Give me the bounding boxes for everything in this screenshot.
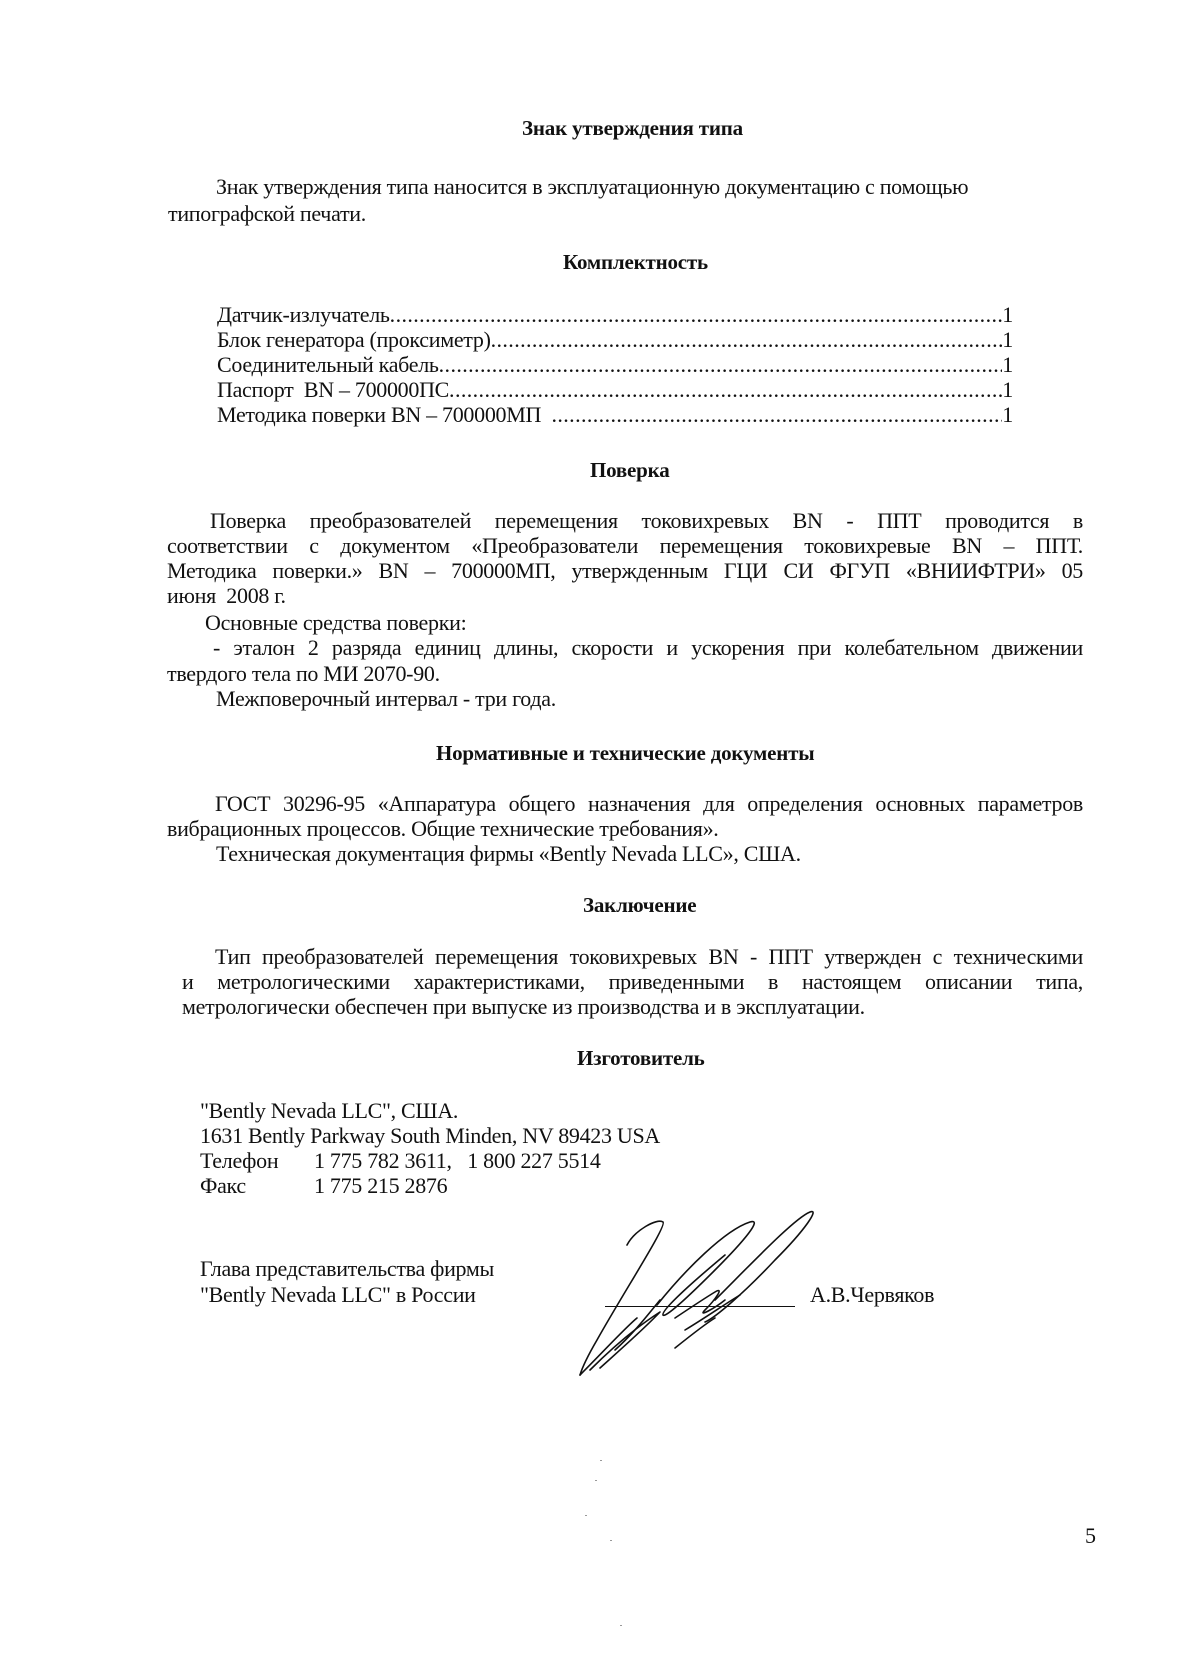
scan-noise [620,1625,622,1626]
kit-item-name: Блок генератора (проксиметр) [217,327,491,353]
kit-item-qty: 1 [1002,352,1013,378]
manufacturer-phone-label: Телефон [200,1148,278,1174]
kit-item-qty: 1 [1002,377,1013,403]
kit-item-name: Датчик-излучатель [217,302,390,328]
heading-manufacturer: Изготовитель [577,1046,705,1071]
leader-dots [439,352,1003,378]
conclusion-line1: Тип преобразователей перемещения токових… [215,944,1083,970]
verification-line2: соответствии с документом «Преобразовате… [167,533,1083,559]
manufacturer-phone-value: 1 775 782 3611, 1 800 227 5514 [314,1148,601,1174]
kit-item-name: Методика поверки BN – 700000МП [217,402,551,428]
approval-mark-text-line1: Знак утверждения типа наносится в эксплу… [216,174,968,200]
scan-noise [595,1480,597,1481]
conclusion-line3: метрологически обеспечен при выпуске из … [182,994,865,1020]
document-page: Знак утверждения типа Знак утверждения т… [0,0,1198,1671]
scan-noise [585,1515,587,1516]
heading-completeness: Комплектность [563,250,708,275]
heading-approval-mark: Знак утверждения типа [522,116,743,141]
normative-line1: ГОСТ 30296-95 «Аппаратура общего назначе… [215,791,1083,817]
scan-noise [610,1540,612,1541]
leader-dots [449,377,1002,403]
verification-interval: Межповерочный интервал - три года. [216,686,556,712]
signatory-role-line1: Глава представительства фирмы [200,1256,494,1282]
verification-line1: Поверка преобразователей перемещения ток… [210,508,1083,534]
manufacturer-address: 1631 Bently Parkway South Minden, NV 894… [200,1123,660,1149]
kit-item: Соединительный кабель1 [217,352,1013,378]
kit-item-qty: 1 [1002,327,1013,353]
kit-item: Датчик-излучатель1 [217,302,1013,328]
verification-line3: Методика поверки.» BN – 700000МП, утверж… [167,558,1083,584]
heading-conclusion: Заключение [583,893,696,918]
heading-normative-docs: Нормативные и технические документы [436,741,815,766]
kit-item-name: Соединительный кабель [217,352,439,378]
kit-item-qty: 1 [1002,402,1013,428]
leader-dots [491,327,1003,353]
kit-item: Блок генератора (проксиметр)1 [217,327,1013,353]
normative-line2: вибрационных процессов. Общие технически… [167,816,719,842]
verification-line4: июня 2008 г. [167,583,286,609]
verification-means-label: Основные средства поверки: [205,610,466,636]
normative-line3: Техническая документация фирмы «Bently N… [216,841,801,867]
conclusion-line2: и метрологическими характеристиками, при… [182,969,1083,995]
kit-item: Паспорт BN – 700000ПС1 [217,377,1013,403]
kit-item-qty: 1 [1002,302,1013,328]
kit-item-name: Паспорт BN – 700000ПС [217,377,449,403]
page-number: 5 [1085,1523,1096,1549]
manufacturer-fax-value: 1 775 215 2876 [314,1173,447,1199]
verification-means-line1: - эталон 2 разряда единиц длины, скорост… [213,635,1083,661]
leader-dots [551,402,1002,428]
approval-mark-text-line2: типографской печати. [168,201,366,227]
heading-verification: Поверка [590,458,670,483]
leader-dots [390,302,1003,328]
kit-item: Методика поверки BN – 700000МП 1 [217,402,1013,428]
signatory-name: А.В.Червяков [810,1282,934,1308]
scan-noise [600,1460,602,1461]
manufacturer-fax-label: Факс [200,1173,246,1199]
verification-means-line2: твердого тела по МИ 2070-90. [167,661,440,687]
manufacturer-company: "Bently Nevada LLC", США. [200,1098,458,1124]
signatory-role-line2: "Bently Nevada LLC" в России [200,1282,476,1308]
